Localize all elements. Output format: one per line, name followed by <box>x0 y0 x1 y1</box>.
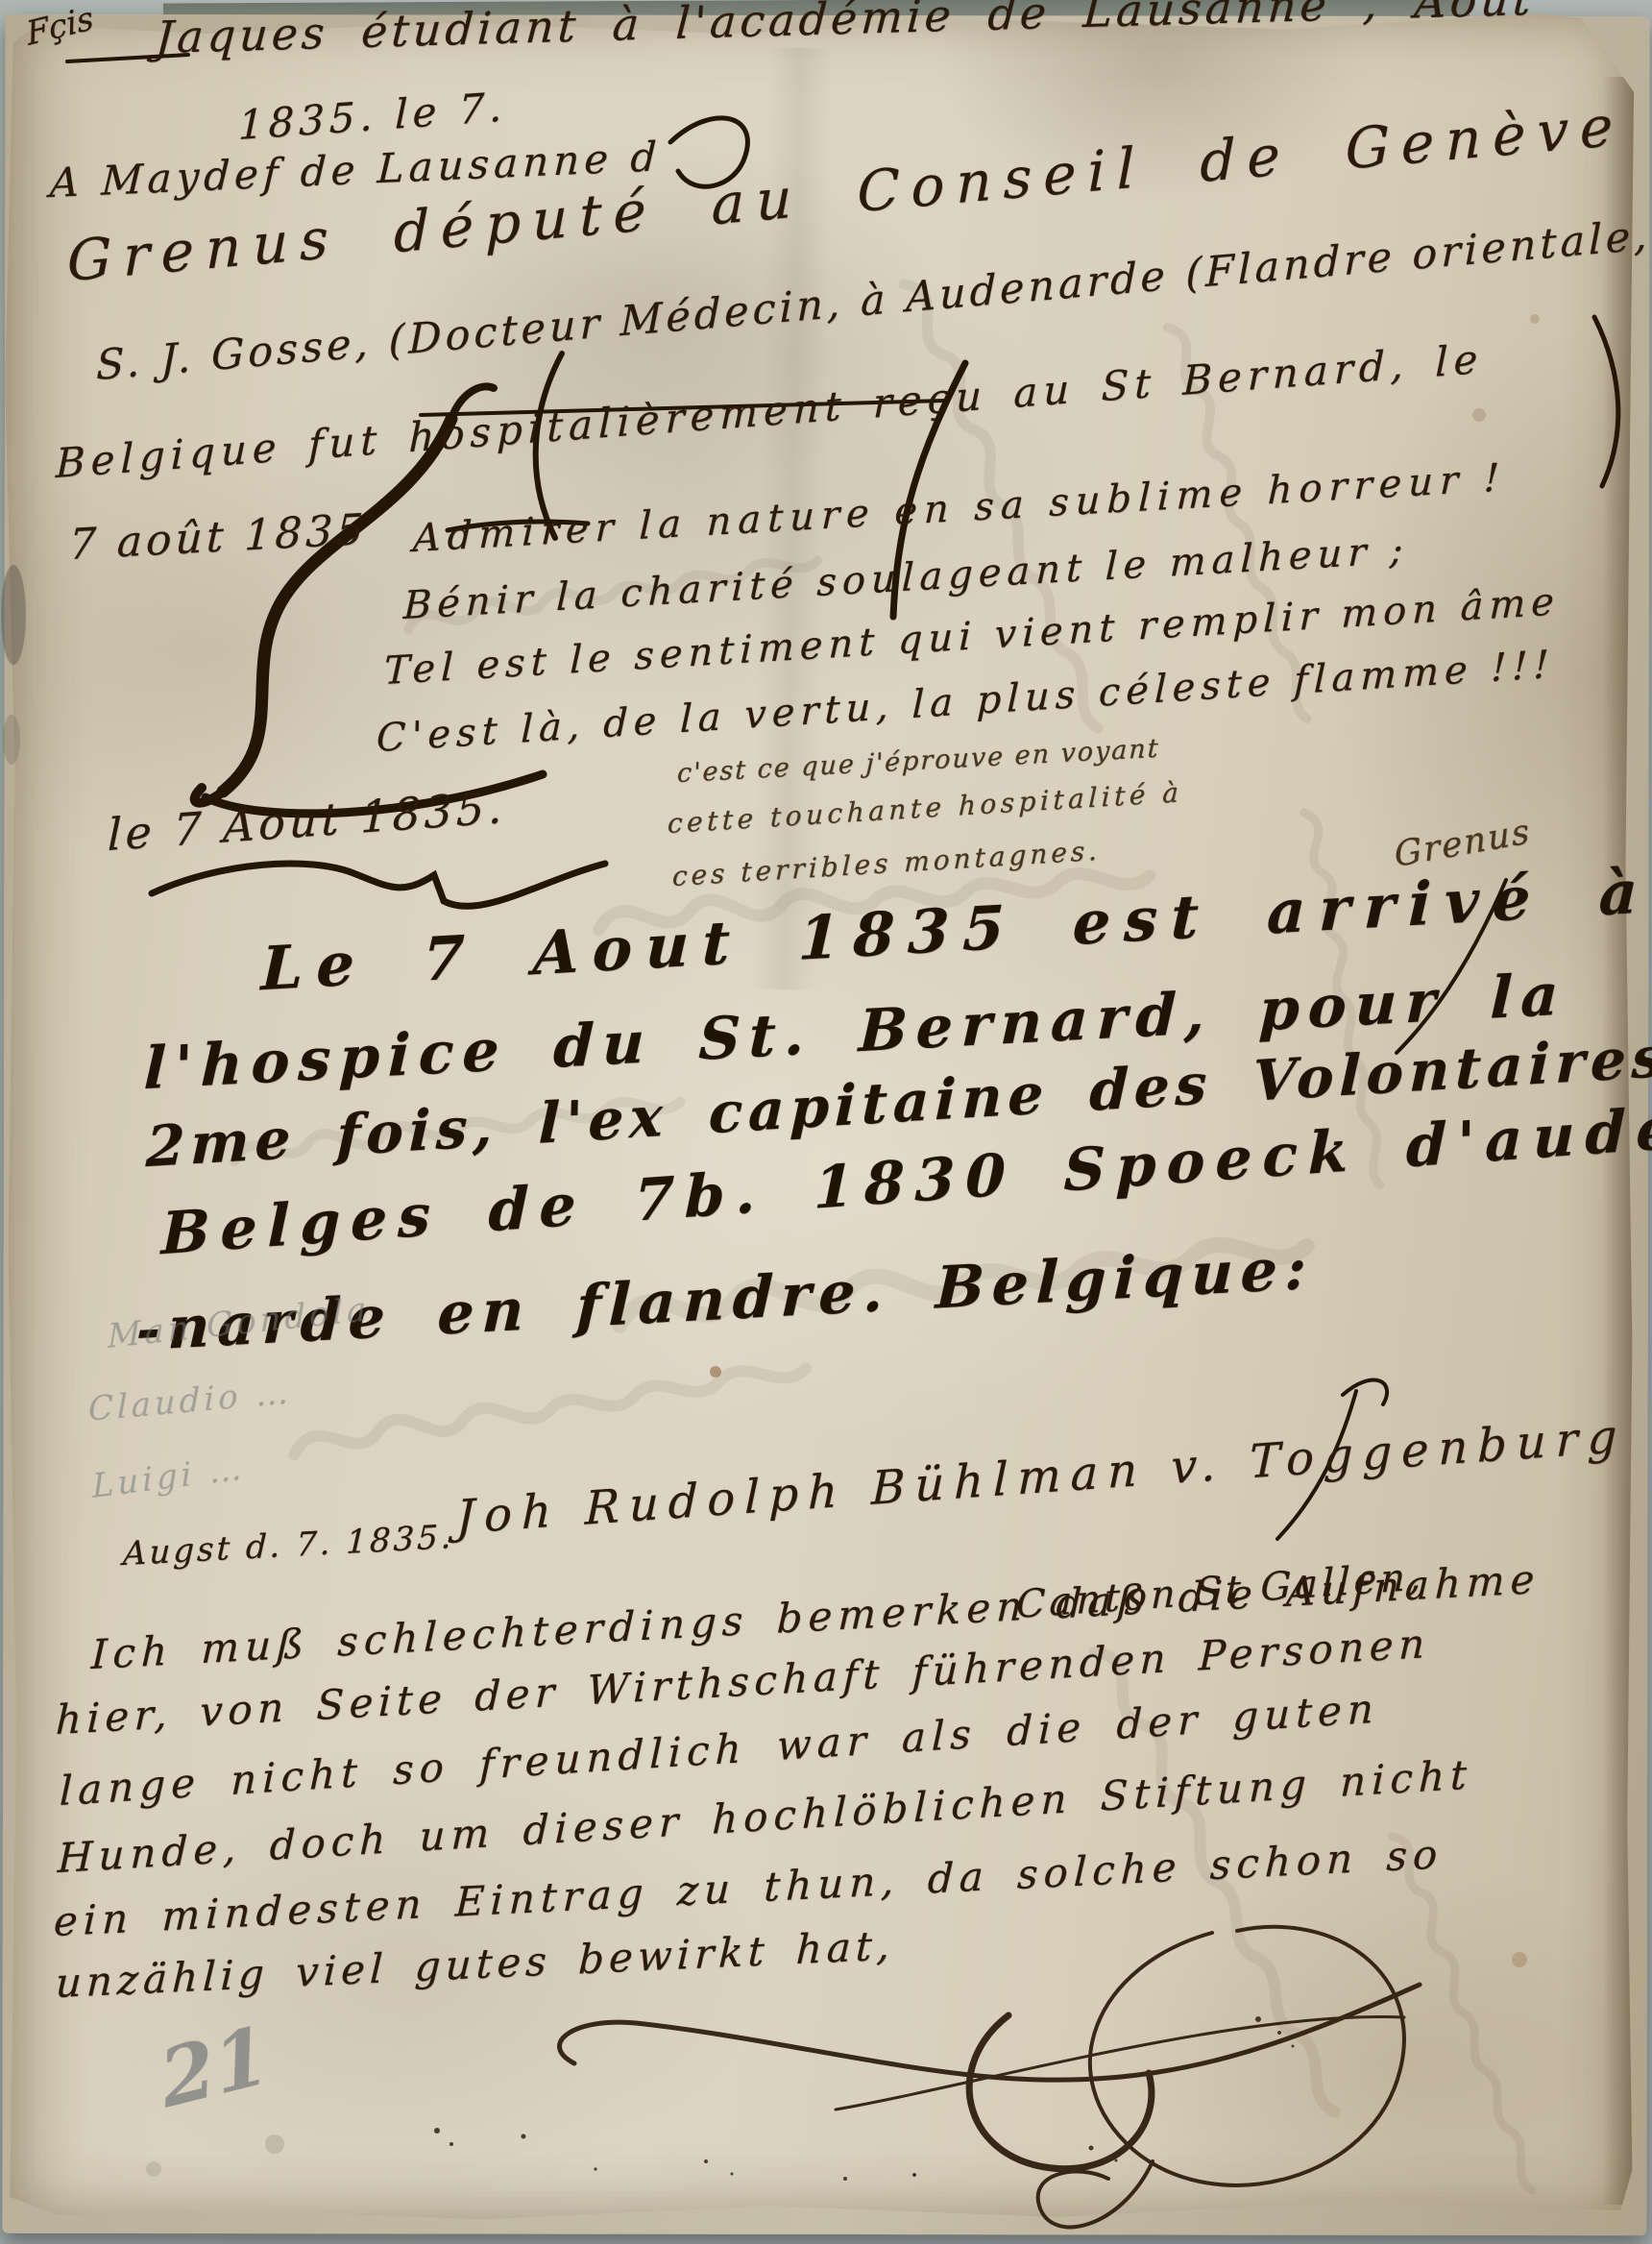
scanned-manuscript-view: Fçis Jaques étudiant à l'académie de Lau… <box>0 0 1652 2244</box>
